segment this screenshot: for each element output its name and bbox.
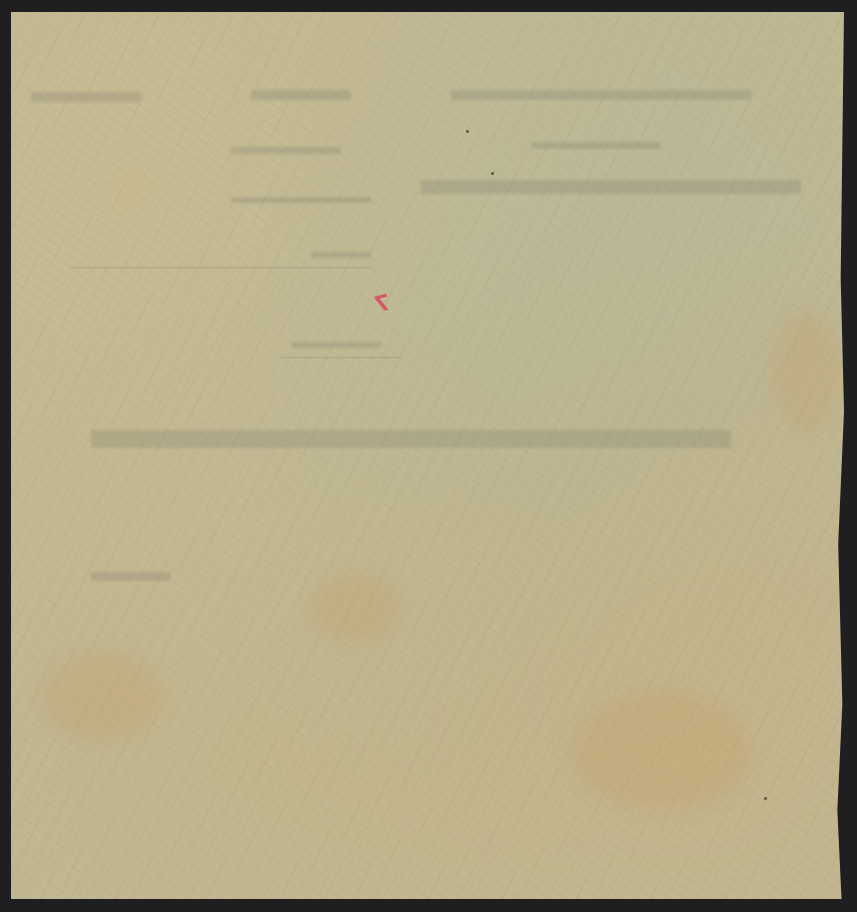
bleed-through-rule — [71, 267, 371, 268]
bleed-through-rule — [281, 357, 401, 358]
stain — [41, 652, 161, 742]
fleck — [491, 172, 494, 175]
bleed-through-line — [91, 430, 731, 448]
paper-sheet: 7 — [11, 12, 844, 899]
stain — [311, 572, 401, 642]
fleck — [466, 130, 469, 133]
stain — [571, 692, 751, 812]
bleed-through-line — [91, 572, 171, 581]
bleed-through-line — [531, 142, 661, 149]
bleed-through-line — [231, 197, 371, 203]
bleed-through-line — [311, 252, 371, 258]
bleed-through-line — [291, 342, 381, 348]
bleed-through-line — [451, 90, 751, 100]
fleck — [764, 797, 767, 800]
bleed-through-line — [231, 147, 341, 154]
bleed-through-line — [421, 180, 801, 194]
bleed-through-line — [251, 90, 351, 100]
bleed-through-line — [31, 92, 141, 102]
stain — [771, 312, 841, 432]
